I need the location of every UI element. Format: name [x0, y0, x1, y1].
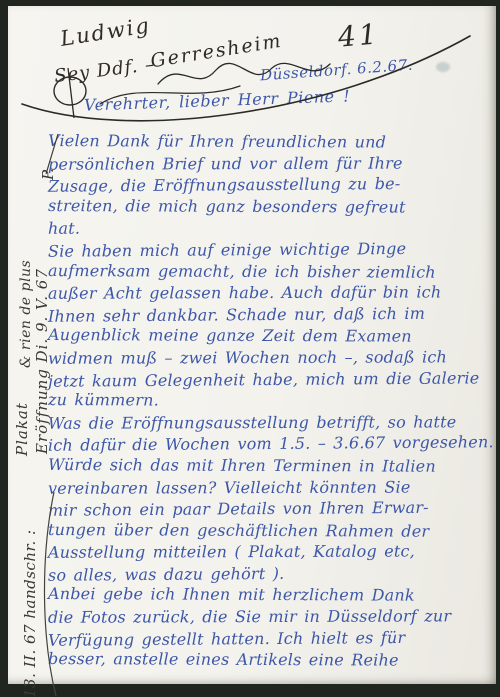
- handwriting-line: Anbei gebe ich Ihnen mit herzlichem Dank: [48, 584, 494, 608]
- header-scribble-name: Ludwig: [59, 15, 152, 50]
- letter-page: Ludwig Sey Ddf. – Gerresheim 41 Düsseldo…: [8, 6, 496, 684]
- handwriting-line: zu kümmern.: [48, 390, 494, 414]
- handwriting-line: tungen über den geschäftlichen Rahmen de…: [48, 520, 494, 544]
- margin-note-rien: & rien de plus: [19, 260, 33, 368]
- scan-mat: Ludwig Sey Ddf. – Gerresheim 41 Düsseldo…: [0, 0, 500, 697]
- handwriting-line: Zusage, die Eröffnungsausstellung zu be-: [48, 173, 494, 198]
- letter-salutation: Verehrter, lieber Herr Piene !: [84, 88, 351, 113]
- handwriting-line: mir schon ein paar Details von Ihren Erw…: [48, 497, 494, 522]
- handwriting-line: Vielen Dank für Ihren freundlichen und: [48, 131, 494, 155]
- handwriting-line: persönlichen Brief und vor allem für Ihr…: [48, 153, 494, 176]
- margin-note-received-date: 13. II. 67 handschr. :: [23, 529, 38, 697]
- header-scribble-number: 41: [337, 20, 381, 52]
- handwriting-line: streiten, die mich ganz besonders gefreu…: [48, 196, 494, 220]
- handwriting-line: vereinbaren lassen? Vielleicht könnten S…: [48, 477, 494, 500]
- letter-date: Düsseldorf. 6.2.67.: [260, 58, 414, 84]
- header-scribble-address: Sey Ddf. –: [53, 56, 156, 86]
- handwriting-line: die Fotos zurück, die Sie mir in Düsseld…: [48, 606, 494, 629]
- handwriting-line: besser, anstelle eines Artikels eine Rei…: [48, 649, 494, 673]
- ink-smudge: [436, 62, 450, 72]
- handwriting-line: Verfügung gestellt hatten. Ich hielt es …: [48, 627, 494, 652]
- handwriting-line: hat.: [48, 218, 494, 241]
- handwriting-line: außer Acht gelassen habe. Auch dafür bin…: [48, 282, 494, 305]
- handwriting-line: widmen muß – zwei Wochen noch –, sodaß i…: [48, 347, 494, 370]
- margin-note-poster: Plakat: [15, 402, 30, 456]
- handwriting-line: Würde sich das mit Ihren Terminen in Ita…: [48, 455, 494, 479]
- letter-body: Vielen Dank für Ihren freundlichen und p…: [48, 132, 494, 672]
- handwriting-line: ich dafür die Wochen vom 1.5. – 3.6.67 v…: [48, 433, 494, 458]
- handwriting-line: jetzt kaum Gelegenheit habe, mich um die…: [48, 368, 494, 393]
- handwriting-line: Ausstellung mitteilen ( Plakat, Katalog …: [48, 542, 494, 565]
- handwriting-line: Was die Eröffnungsausstellung betrifft, …: [48, 412, 494, 435]
- handwriting-line: Augenblick meine ganze Zeit dem Examen: [48, 325, 494, 349]
- handwriting-line: Sie haben mich auf einige wichtige Dinge: [48, 238, 494, 263]
- handwriting-line: aufmerksam gemacht, die ich bisher zieml…: [48, 261, 494, 285]
